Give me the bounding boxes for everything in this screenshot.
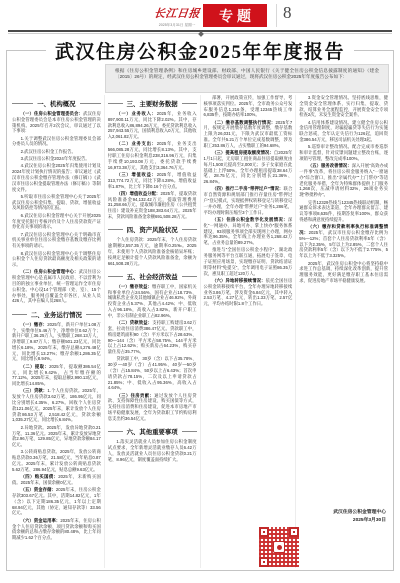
signature-org: 武汉住房公积金管理中心 — [299, 509, 386, 517]
body-paragraph: （三）增值收益：2025年，增值收益313,774.72万元，同比下降4.28%… — [108, 172, 197, 189]
body-paragraph: 8.武汉住房公积金管理中心关于调整住房公积金个人住房贷款最高额度及相关政策的请示… — [12, 251, 101, 268]
header-divider — [276, 4, 277, 27]
body-paragraph: 贷款职工中，30岁（含）以下占35.78%、30岁—40岁（含）占41.95%、… — [108, 356, 197, 391]
section-heading: 三、主要财务数据 — [108, 99, 197, 108]
columns: 一、机构概况（一）住房公积金管理委员会：武汉住房公积金管理委员会是本市住房公积金… — [9, 95, 391, 568]
body-paragraph: （五）服务改善情况：深入开展“高效办成一件事”改革，将住房公积金服务纳入“一窗通… — [299, 163, 388, 198]
section-heading-text: 二、业务运行情况 — [27, 310, 86, 319]
body-paragraph: （四）增值收益分配：2025年，提取贷款风险准备金94,132.42万元，提取管… — [108, 191, 197, 220]
masthead-date: 2025年3月31日 星期一 — [155, 22, 198, 27]
section-badge: 专题 — [203, 4, 267, 27]
body-paragraph: 5.巡察审计整改情况。配合完成市委巡察和审计监督，针对反馈问题建立整改台账，逐项… — [299, 144, 388, 161]
body-paragraph: 3.公转商贴息贷款。2025年，发放公转商贴息贷款0.36万笔、21.58亿元，… — [12, 449, 101, 472]
page-number: 8 — [283, 3, 292, 23]
qr-corner-icon — [259, 557, 269, 567]
body-paragraph: 个人住房贷款：2025年末，个人住房贷款逾期额2,557.35万元，逾期率0.2… — [108, 237, 197, 266]
body-paragraph: （二）住房公积金管理中心：武汉住房公积金管理中心是直属市人民政府、不以营利为目的… — [12, 269, 101, 304]
section-heading-text: 一、机构概况 — [33, 99, 79, 108]
section-heading-text: 五、社会经济效益 — [123, 272, 182, 281]
masthead: 长江日报 2025年3月31日 星期一 — [153, 5, 201, 28]
column-1: 一、机构概况（一）住房公积金管理委员会：武汉住房公积金管理委员会是本市住房公积金… — [9, 95, 104, 568]
section-heading-text: 四、资产风险状况 — [123, 225, 182, 234]
report-box: 武汉住房公积金2025年年度报告 根据《住房公积金管理条例》和住房城乡建设部、财… — [6, 50, 394, 571]
signature-date: 2025年3月30日 — [299, 517, 386, 525]
body-paragraph: 完善12329热线与12345热线联动机制，畅通群众诉求表达渠道，全年办理群众留… — [299, 200, 388, 223]
body-paragraph: （六）异地转移接续情况：依托全国住房公积金转移接续平台，全年办理异地转移接续业务… — [204, 278, 293, 307]
body-paragraph: 4.武汉住房公积金2025年归集使用计划及2024年度计划执行情况的报告；审议通… — [12, 163, 101, 192]
column-2: 三、主要财务数据（一）业务收入：2025年，业务收入897,900.11万元，同… — [104, 95, 200, 568]
body-paragraph: （二）提取：2025年，提取额386.54亿元，同比增长9.42%，占当年缴存额… — [12, 364, 101, 387]
body-paragraph: 3.资金安全管理情况。坚持底线思维，健全资金安全管理体系，实行归集、提取、贷款、… — [299, 95, 388, 118]
body-paragraph: （二）缴存基数调整执行情况：2025年7月，按规定开展缴存基数年度调整，缴存基数… — [204, 120, 293, 149]
qr-corner-icon — [289, 527, 299, 537]
body-paragraph: （五）住房公积金数字化发展情况：深化“一网通办、异地可办、掌上快办”服务体系建设… — [204, 217, 293, 246]
column-3: 部署，开展政策宣传，加强工作督导，考核事项落实到位。2025年，全市政务公众号发… — [200, 95, 296, 568]
section-heading-text: 三、主要财务数据 — [123, 99, 182, 108]
newspaper-logo: 长江日报 — [152, 5, 202, 21]
body-paragraph: 6.武汉住房公积金管理中心关于开展2025年度受托银行考核评价及个人住房贷款资产… — [12, 213, 101, 230]
body-paragraph: （三）提高租房提取额度情况：自2025年1月1日起，无房职工租住商品住房提取额度… — [204, 150, 293, 185]
body-paragraph: （一）缴存效益：缴存职工中，国家机关和事业单位占24.56%、国有企业占18.7… — [108, 284, 197, 319]
page-header: 长江日报 2025年3月31日 星期一 专题 8 — [0, 0, 400, 30]
section-heading: 五、社会经济效益 — [108, 272, 197, 281]
body-paragraph: （四）推行二手房“带押过户”情况：联合市自然资源和规划部门推行存量住房“带押过户… — [204, 186, 293, 215]
body-paragraph: （一）业务收入：2025年，业务收入897,900.11万元，同比下降2.02%… — [108, 111, 197, 140]
section-heading-text: 六、其他重要事项 — [123, 427, 182, 436]
body-paragraph: （六）资金运用率：2025年末，住房公积金个人住房贷款余额、项目贷款余额和购买国… — [12, 518, 101, 541]
body-paragraph: 5.听取市住房公积金管理中心关于2025年武汉住房公积金归集、提取、贷款、增值收… — [12, 194, 101, 211]
body-paragraph: 1.关于调整武汉住房公积金管理委员会部分委员人员的情况。 — [12, 136, 101, 148]
body-paragraph: 2.武汉住房公积金工作报告。 — [12, 149, 101, 155]
body-paragraph: （三）住房贡献：通过发放个人住房贷款、支持保障性住房建设、购买国债等方式，支持住… — [108, 393, 197, 422]
body-paragraph: 2025年，武汉住房公积金中心将坚持稳中求进工作总基调，持续深化改革创新，提升管… — [299, 261, 388, 284]
body-paragraph: （六）缴存和贷款利率执行标准调整情况：2025年，武汉市住房公积金缴存比例为5%… — [299, 224, 388, 259]
qr-center-logo-icon — [273, 541, 285, 553]
body-paragraph: （四）购买国债：2025年，未新购买国债。2025年末，国债余额0亿元。 — [12, 474, 101, 486]
body-paragraph: （一）住房公积金管理委员会：武汉住房公积金管理委员会是本市住房公积金管理的决策机… — [12, 111, 101, 134]
signature-block: 武汉住房公积金管理中心2025年3月30日 — [299, 509, 388, 568]
section-heading: 六、其他重要事项 — [108, 427, 197, 436]
qr-code — [259, 527, 299, 567]
body-paragraph: （二）业务支出：2025年，业务支出566,085.28万元，同比增长8.13%… — [108, 141, 197, 170]
body-paragraph: 2.异地贷款。2025年，发放异地贷款0.21万笔、11.36亿元。2025年末… — [12, 425, 101, 448]
report-intro: 根据《住房公积金管理条例》和住房城乡建设部、财政部、中国人民银行《关于健全住房公… — [105, 64, 389, 93]
body-paragraph: 部署，开展政策宣传，加强工作督导，考核事项落实到位。2025年，全市政务公众号发… — [204, 95, 293, 118]
body-paragraph: 7.武汉住房公积金管理中心关于明确市直机关事业单位住房公积金缴存基数及缴存比例有… — [12, 232, 101, 249]
body-paragraph: （五）资金存储：2025年末，住房公积金存款303.67亿元。其中，活期14.8… — [12, 487, 101, 516]
body-paragraph: 推进与“全国住房公积金小程序”、湖北政务服务网等平台互联互通，拓展电子签章、电子… — [204, 247, 293, 276]
body-paragraph: （二）贷款效益：支持职工购建房3.62万套，拉动住房消费386.47亿元。贷款职… — [108, 320, 197, 355]
body-paragraph: 3.武汉住房公积金2024年年度报告。 — [12, 156, 101, 162]
section-heading: 一、机构概况 — [12, 99, 101, 108]
report-title: 武汉住房公积金2025年年度报告 — [7, 37, 393, 64]
column-4: 3.资金安全管理情况。坚持底线思维，健全资金安全管理体系，实行归集、提取、贷款、… — [295, 95, 391, 568]
newspaper-page: 长江日报 2025年3月31日 星期一 专题 8 武汉住房公积金2025年年度报… — [0, 0, 400, 583]
body-paragraph: （一）缴存：2025年，新开户单位1.08万个，实缴单位5.46万个，净增单位0… — [12, 322, 101, 363]
body-paragraph: （三）贷款：1.个人住房贷款。2025年，发放个人住房贷款3.62万笔、186.… — [12, 388, 101, 423]
section-heading: 四、资产风险状况 — [108, 225, 197, 234]
body-paragraph: 1.落实灵活就业人员参加住房公积金制度试点要求，全年新增灵活就业缴存人员6.42… — [108, 439, 197, 462]
section-heading: 二、业务运行情况 — [12, 310, 101, 319]
qr-corner-icon — [259, 527, 269, 537]
body-paragraph: 4.信用体系建设情况。建立健全住房公积金信用管理制度，对骗提骗贷等失信行为实施联… — [299, 120, 388, 143]
